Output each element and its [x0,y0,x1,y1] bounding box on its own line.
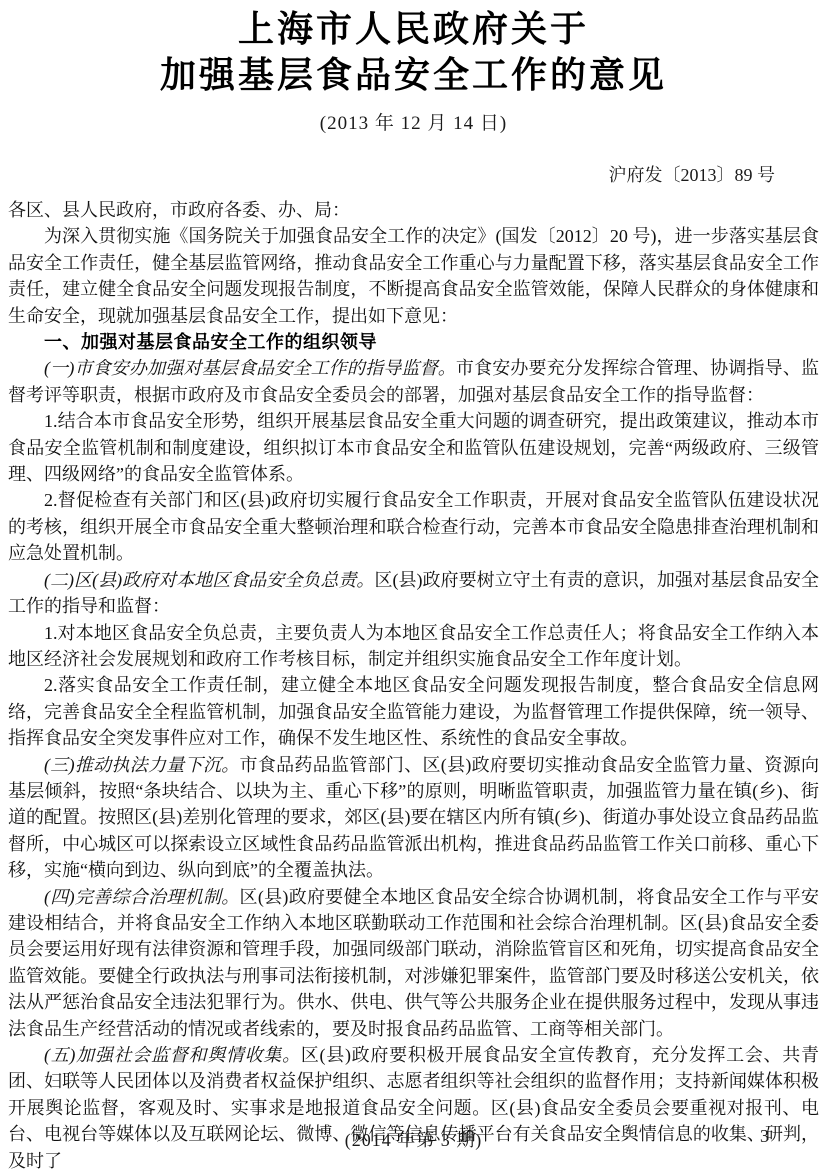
paragraph-intro: 为深入贯彻实施《国务院关于加强食品安全工作的决定》(国发〔2012〕20 号)，… [8,223,819,329]
footer-issue-label: (2014 年第 3 期) [0,1126,827,1152]
item-1-lead: (一)市食安办加强对基层食品安全工作的指导监督。 [44,358,456,378]
paragraph-sub-2-2: 2.落实食品安全工作责任制，建立健全本地区食品安全问题发现报告制度，整合食品安全… [8,672,819,751]
item-4-text: 区(县)政府要健全本地区食品安全综合协调机制，将食品安全工作与平安建设相结合，并… [8,887,819,1039]
paragraph-item-1: (一)市食安办加强对基层食品安全工作的指导监督。市食安办要充分发挥综合管理、协调… [8,355,819,408]
document-title: 上海市人民政府关于 加强基层食品安全工作的意见 [0,6,827,98]
paragraph-sub-1-2: 2.督促检查有关部门和区(县)政府切实履行食品安全工作职责，开展对食品安全监管队… [8,487,819,566]
page-footer: (2014 年第 3 期) 3 [0,1126,827,1152]
salutation: 各区、县人民政府，市政府各委、办、局： [8,197,819,223]
title-line-2: 加强基层食品安全工作的意见 [0,52,827,98]
item-2-lead: (二)区(县)政府对本地区食品安全负总责。 [44,570,374,590]
paragraph-sub-1-1: 1.结合本市食品安全形势，组织开展基层食品安全重大问题的调查研究，提出政策建议，… [8,408,819,487]
document-page: 上海市人民政府关于 加强基层食品安全工作的意见 (2013 年 12 月 14 … [0,0,827,1170]
item-3-lead: (三)推动执法力量下沉。 [44,755,240,775]
footer-page-number: 3 [760,1126,769,1147]
paragraph-item-3: (三)推动执法力量下沉。市食品药品监管部门、区(县)政府要切实推动食品安全监管力… [8,752,819,884]
paragraph-sub-2-1: 1.对本地区食品安全负总责，主要负责人为本地区食品安全工作总责任人；将食品安全工… [8,620,819,673]
document-number: 沪府发〔2013〕89 号 [0,161,827,187]
item-5-lead: (五)加强社会监督和舆情收集。 [44,1045,301,1065]
document-body: 各区、县人民政府，市政府各委、办、局： 为深入贯彻实施《国务院关于加强食品安全工… [8,197,819,1170]
title-line-1: 上海市人民政府关于 [0,6,827,52]
item-4-lead: (四)完善综合治理机制。 [44,887,240,907]
section-heading-1: 一、加强对基层食品安全工作的组织领导 [8,329,819,355]
paragraph-item-2: (二)区(县)政府对本地区食品安全负总责。区(县)政府要树立守土有责的意识，加强… [8,567,819,620]
document-date: (2013 年 12 月 14 日) [0,108,827,135]
paragraph-item-4: (四)完善综合治理机制。区(县)政府要健全本地区食品安全综合协调机制，将食品安全… [8,884,819,1042]
